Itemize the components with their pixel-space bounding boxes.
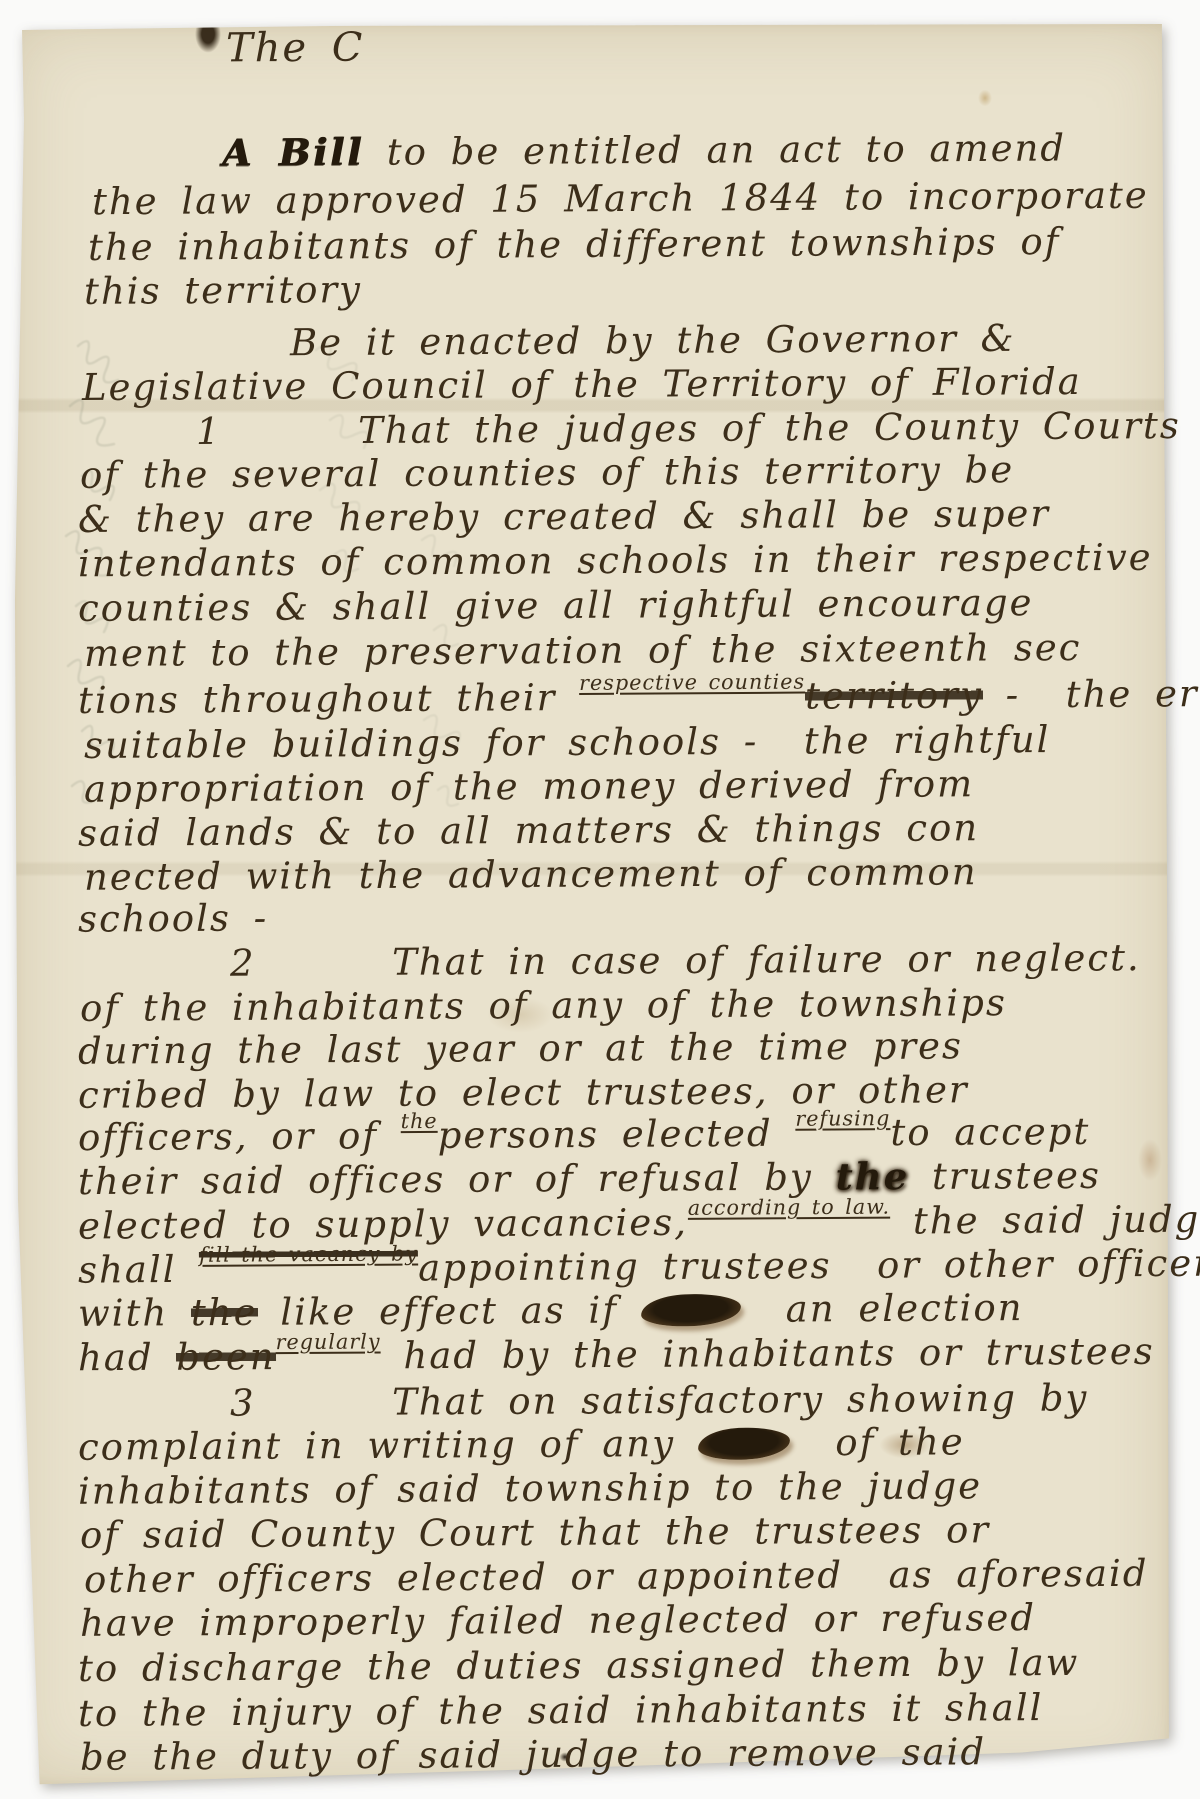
handwriting-text: 1 That the judges of the County Courts	[196, 404, 1181, 453]
handwriting-line: be the duty of said judge to remove said	[80, 1733, 986, 1776]
handwriting-text: schools -	[78, 896, 268, 940]
inserted-word: respective counties	[579, 670, 805, 695]
handwriting-line: appropriation of the money derived from	[84, 765, 974, 807]
handwriting-text: appropriation of the money derived from	[84, 762, 974, 810]
inserted-word: fill the vacancy by	[199, 1242, 418, 1267]
handwriting-text: have improperly failed neglected or refu…	[80, 1596, 1036, 1645]
handwriting-text: Be it enacted by the Governor &	[290, 317, 1016, 364]
handwriting-line: officers, or of thepersons elected refus…	[78, 1113, 1091, 1156]
handwriting-text: this territory	[84, 268, 362, 313]
handwriting-line: A Bill to be entitled an act to amend	[222, 129, 1066, 171]
handwriting-line: schools -	[78, 899, 268, 937]
handwriting-text: 2 That in case of failure or neglect.	[230, 936, 1141, 985]
handwriting-text: to be entitled an act to amend	[364, 126, 1066, 173]
handwriting-text: appointing trustees or other officers,	[418, 1241, 1200, 1289]
handwriting-line: 1 That the judges of the County Courts	[196, 407, 1181, 450]
handwriting-line: 3 That on satisfactory showing by	[230, 1379, 1089, 1421]
handwriting-line: this territory	[84, 271, 362, 310]
handwriting-text: during the last year or at the time pres	[78, 1024, 963, 1072]
handwriting-layer: The CA Bill to be entitled an act to ame…	[0, 0, 1200, 1799]
handwriting-line: with the like effect as if they an elect…	[78, 1289, 1024, 1332]
handwriting-line: suitable buildings for schools - the rig…	[84, 721, 1051, 764]
handwriting-line: said lands & to all matters & things con	[78, 809, 979, 852]
struck-word: been	[176, 1335, 276, 1379]
handwriting-text: ment to the preservation of the sixteent…	[84, 626, 1082, 675]
handwriting-text: other officers elected or appointed as a…	[84, 1552, 1149, 1602]
handwriting-line: shall fill the vacancy byappointing trus…	[78, 1244, 1200, 1288]
handwriting-text: the inhabitants of the different townshi…	[88, 220, 1061, 269]
handwriting-text: had	[78, 1336, 177, 1380]
inserted-word: refusing	[795, 1106, 890, 1131]
handwriting-line: intendants of common schools in their re…	[78, 539, 1153, 583]
handwriting-line: & they are hereby created & shall be sup…	[78, 495, 1050, 538]
handwriting-text: of the inhabitants of any of the townshi…	[80, 981, 1007, 1030]
handwriting-text: persons elected	[438, 1112, 796, 1157]
smudged-word: the	[835, 1154, 909, 1198]
handwriting-text: nected with the advancement of common	[84, 850, 978, 898]
handwriting-line: Be it enacted by the Governor &	[290, 320, 1016, 361]
inserted-word: according to law.	[688, 1195, 890, 1220]
handwriting-text: counties & shall give all rightful encou…	[78, 581, 1034, 630]
handwriting-text: of the	[790, 1420, 965, 1464]
handwriting-line: 2 That in case of failure or neglect.	[230, 939, 1141, 982]
handwriting-line: of the several counties of this territor…	[80, 451, 1014, 494]
handwriting-text: to discharge the duties assigned them by…	[78, 1641, 1080, 1690]
handwriting-line: their said offices or of refusal by the …	[78, 1157, 1101, 1200]
handwriting-text: 3 That on satisfactory showing by	[230, 1376, 1089, 1424]
scanned-document-page: The CA Bill to be entitled an act to ame…	[0, 0, 1200, 1799]
handwriting-line: elected to supply vacancies,according to…	[78, 1200, 1200, 1244]
ink-blot	[697, 1425, 790, 1461]
handwriting-text: be the duty of said judge to remove said	[80, 1730, 986, 1779]
handwriting-text: officers, or of	[78, 1114, 401, 1159]
handwriting-line: during the last year or at the time pres	[78, 1027, 963, 1069]
struck-word: territory	[805, 673, 983, 717]
handwriting-line: the law approved 15 March 1844 to incorp…	[92, 177, 1149, 220]
handwriting-text: elected to supply vacancies,	[78, 1201, 688, 1248]
handwriting-line: counties & shall give all rightful encou…	[78, 584, 1034, 627]
handwriting-text: had by the inhabitants or trustees	[381, 1330, 1155, 1378]
handwriting-text: intendants of common schools in their re…	[78, 536, 1153, 586]
handwriting-text: an election	[740, 1286, 1024, 1331]
handwriting-text: said lands & to all matters & things con	[78, 806, 979, 855]
handwriting-text: the said judges	[890, 1197, 1200, 1242]
handwriting-text: with	[78, 1291, 191, 1335]
handwriting-text: suitable buildings for schools - the rig…	[84, 718, 1051, 767]
handwriting-text: & they are hereby created & shall be sup…	[78, 492, 1050, 541]
handwriting-line: the inhabitants of the different townshi…	[88, 223, 1061, 266]
handwriting-line: to the injury of the said inhabitants it…	[78, 1689, 1044, 1732]
handwriting-text: The C	[226, 25, 365, 72]
struck-word: the	[191, 1291, 258, 1334]
handwriting-line: ment to the preservation of the sixteent…	[84, 629, 1082, 672]
handwriting-line: nected with the advancement of common	[84, 853, 978, 895]
handwriting-text: to the injury of the said inhabitants it…	[78, 1686, 1044, 1735]
handwriting-text: of the several counties of this territor…	[80, 448, 1014, 497]
ink-blot: they	[640, 1292, 741, 1328]
handwriting-text: inhabitants of said township to the judg…	[78, 1464, 982, 1513]
handwriting-text: like effect as if	[257, 1288, 640, 1333]
handwriting-line: inhabitants of said township to the judg…	[78, 1467, 982, 1510]
handwriting-text: Legislative Council of the Territory of …	[82, 360, 1082, 409]
handwriting-line: complaint in writing of any of the	[78, 1423, 965, 1466]
handwriting-line: to discharge the duties assigned them by…	[78, 1644, 1080, 1687]
handwriting-text: shall	[78, 1248, 200, 1292]
handwriting-line: of the inhabitants of any of the townshi…	[80, 984, 1007, 1027]
handwriting-text: the law approved 15 March 1844 to incorp…	[92, 174, 1149, 223]
handwriting-text: complaint in writing of any	[78, 1422, 698, 1469]
inserted-word: regularly	[276, 1330, 381, 1355]
handwriting-line: of said County Court that the trustees o…	[80, 1511, 990, 1554]
handwriting-text: to accept	[890, 1110, 1090, 1154]
handwriting-line: tions throughout their respective counti…	[78, 674, 1200, 719]
handwriting-text: - the erection of	[983, 671, 1200, 716]
handwriting-line: other officers elected or appointed as a…	[84, 1555, 1149, 1599]
handwriting-line: The C	[226, 28, 365, 69]
handwriting-line: Legislative Council of the Territory of …	[82, 363, 1082, 406]
inserted-word: the	[401, 1109, 438, 1133]
handwriting-line: had beenregularly had by the inhabitants…	[78, 1333, 1155, 1377]
handwriting-line: have improperly failed neglected or refu…	[80, 1599, 1036, 1642]
handwriting-text: trustees	[909, 1154, 1101, 1198]
handwriting-text: tions throughout their	[78, 676, 579, 722]
handwriting-text: A Bill	[222, 130, 364, 175]
handwriting-text: of said County Court that the trustees o…	[80, 1508, 990, 1557]
